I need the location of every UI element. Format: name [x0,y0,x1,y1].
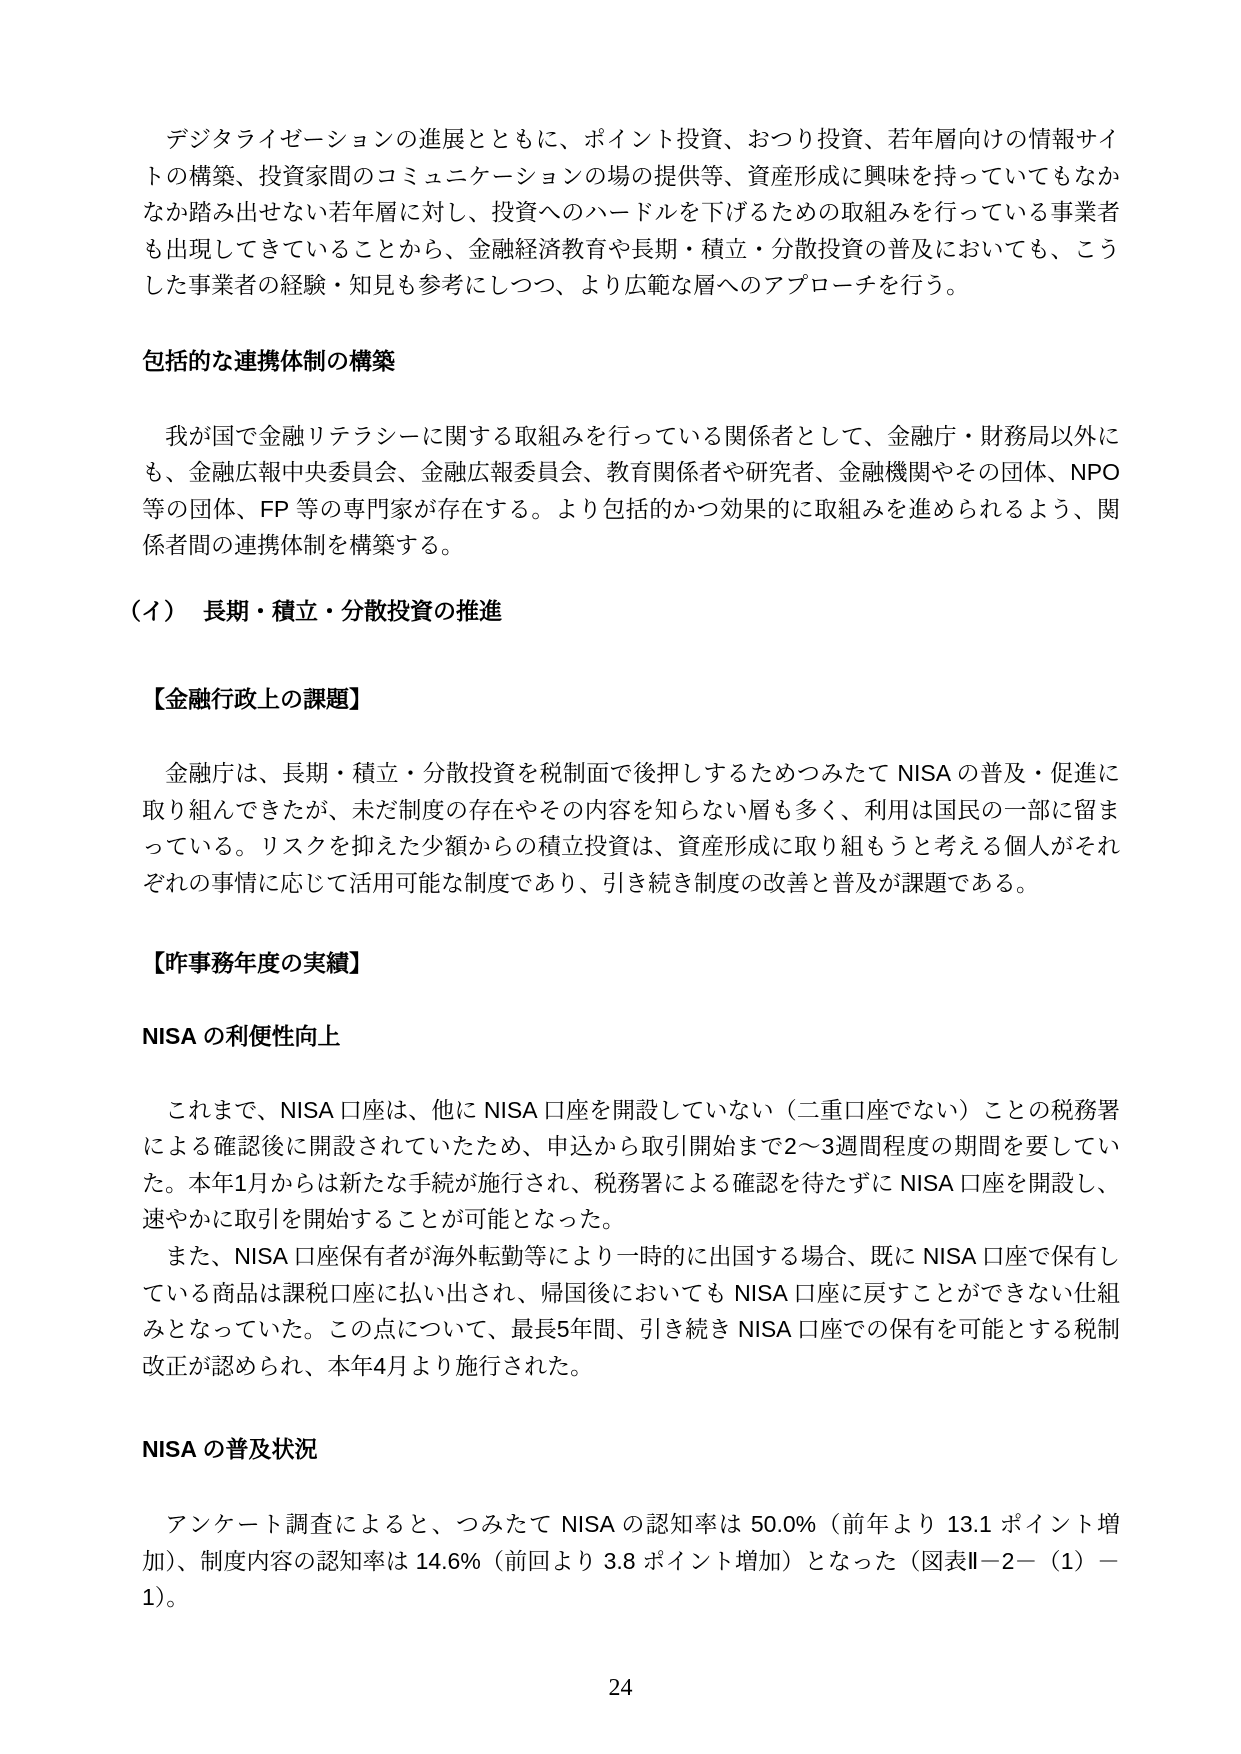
heading-comprehensive-cooperation: 包括的な連携体制の構築 [142,343,1120,380]
heading-nisa-diffusion: NISA の普及状況 [142,1431,1120,1468]
heading-item-title: 長期・積立・分散投資の推進 [203,598,502,624]
paragraph-digitalization: デジタライゼーションの進展とともに、ポイント投資、おつり投資、若年層向けの情報サ… [142,121,1120,304]
page-number: 24 [0,1676,1241,1700]
paragraph-financial-literacy-actors: 我が国で金融リテラシーに関する取組みを行っている関係者として、金融庁・財務局以外… [142,418,1120,564]
paragraph-nisa-overseas-transfer: また、NISA 口座保有者が海外転勤等により一時的に出国する場合、既に NISA… [142,1238,1120,1384]
heading-nisa-convenience: NISA の利便性向上 [142,1018,1120,1055]
heading-long-term-investment-promotion: （イ）長期・積立・分散投資の推進 [118,593,1120,630]
document-page: デジタライゼーションの進展とともに、ポイント投資、おつり投資、若年層向けの情報サ… [0,0,1241,1754]
heading-item-label: （イ） [118,598,187,624]
paragraph-survey-awareness: アンケート調査によると、つみたて NISA の認知率は 50.0%（前年より 1… [142,1506,1120,1616]
heading-last-year-results: 【昨事務年度の実績】 [142,945,1120,982]
paragraph-nisa-account-opening: これまで、NISA 口座は、他に NISA 口座を開設していない（二重口座でない… [142,1092,1120,1238]
document-body: デジタライゼーションの進展とともに、ポイント投資、おつり投資、若年層向けの情報サ… [142,121,1120,1616]
paragraph-fsa-nisa-promotion: 金融庁は、長期・積立・分散投資を税制面で後押しするためつみたて NISA の普及… [142,755,1120,901]
heading-administrative-issues: 【金融行政上の課題】 [142,681,1120,718]
